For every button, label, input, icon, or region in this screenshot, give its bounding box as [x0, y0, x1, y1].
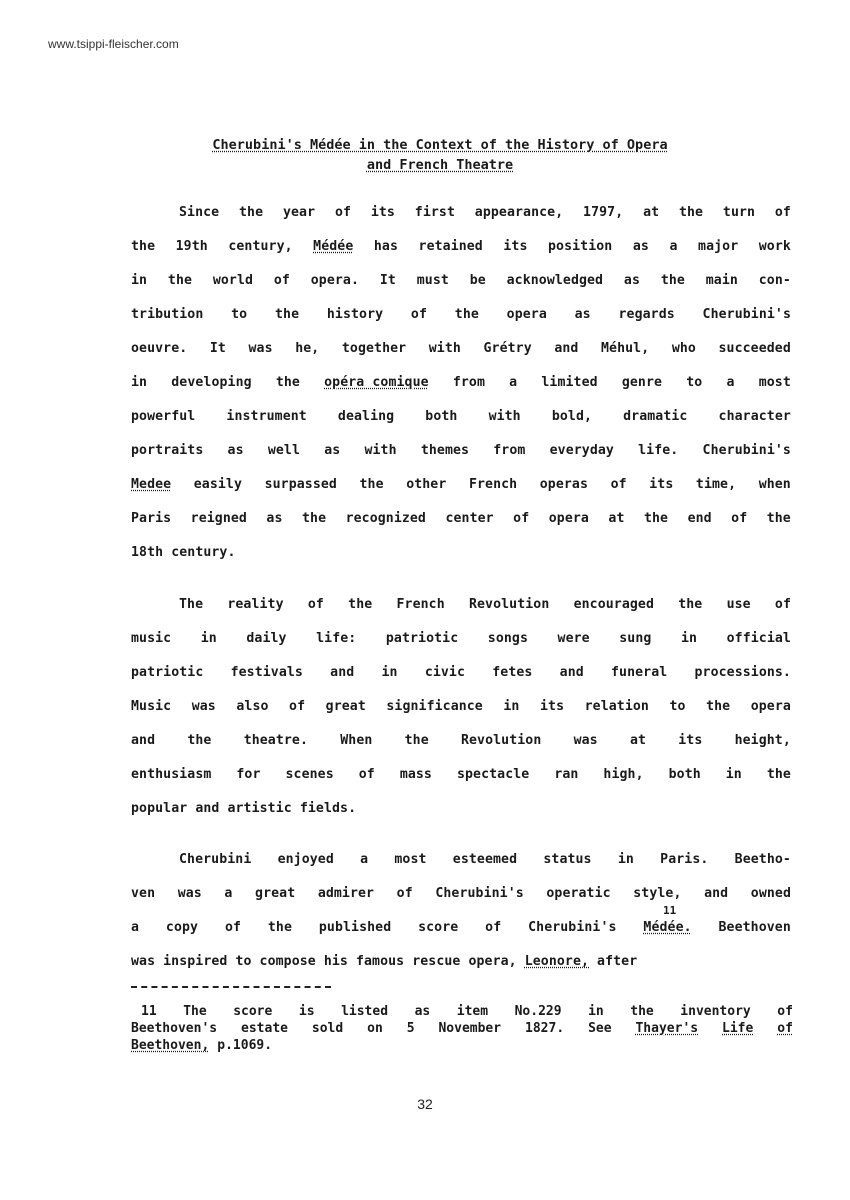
word: funeral: [611, 665, 667, 699]
word: listed: [341, 1004, 388, 1021]
word: a: [726, 375, 734, 409]
word: the: [360, 477, 384, 511]
word: character: [719, 409, 791, 443]
paragraph-3: CherubinienjoyedamostesteemedstatusinPar…: [131, 852, 791, 988]
text-line: 18th century.: [131, 545, 791, 579]
word: 19th: [176, 239, 208, 273]
text-line: Beethoven,p.1069.: [131, 1038, 793, 1055]
word: everyday: [550, 443, 614, 477]
text-line: Sincetheyearofitsfirstappearance,1797,at…: [131, 205, 791, 239]
word: of: [411, 307, 427, 341]
word: retained: [419, 239, 483, 273]
word: as: [324, 443, 340, 477]
word: of: [397, 886, 413, 920]
text-line: musicindailylife:patrioticsongsweresungi…: [131, 631, 791, 665]
word: con-: [759, 273, 791, 307]
word: See: [588, 1021, 611, 1038]
footnote: 11ThescoreislistedasitemNo.229intheinven…: [131, 1004, 793, 1055]
word: has: [374, 239, 398, 273]
word: limited: [541, 375, 597, 409]
word: its: [540, 699, 564, 733]
word: spectacle: [457, 767, 529, 801]
word: most: [759, 375, 791, 409]
word: mass: [400, 767, 432, 801]
text-line: TherealityoftheFrenchRevolutionencourage…: [131, 597, 791, 631]
text-line: Musicwasalsoofgreatsignificanceinitsrela…: [131, 699, 791, 733]
word: reality: [227, 597, 283, 631]
underlined-term: Médée: [313, 239, 353, 273]
word: Paris: [131, 511, 171, 545]
word: was: [192, 699, 216, 733]
word: of: [274, 273, 290, 307]
word: Cherubini's: [703, 443, 791, 477]
text-line: wasinspiredtocomposehisfamousrescueopera…: [131, 954, 791, 988]
word: in: [588, 1004, 604, 1021]
word: acknowledged: [507, 273, 603, 307]
word: 5: [407, 1021, 415, 1038]
word: oeuvre.: [131, 341, 187, 375]
word: The: [179, 597, 203, 631]
word: Beetho-: [735, 852, 791, 886]
word: score: [233, 1004, 272, 1021]
word: Cherubini's: [435, 886, 523, 920]
word: It: [210, 341, 226, 375]
word: daily: [246, 631, 286, 665]
word: enjoyed: [278, 852, 334, 886]
word: the: [455, 307, 479, 341]
word: of: [225, 920, 241, 954]
word: official: [727, 631, 791, 665]
word: the: [678, 597, 702, 631]
word: the: [131, 239, 155, 273]
word: from: [493, 443, 525, 477]
word: most: [394, 852, 426, 886]
word: succeeded: [719, 341, 791, 375]
page-number: 32: [0, 1096, 850, 1112]
word: music: [131, 631, 171, 665]
word: must: [417, 273, 449, 307]
word: the: [644, 511, 668, 545]
word: main: [706, 273, 738, 307]
word: powerful: [131, 409, 195, 443]
word: work: [759, 239, 791, 273]
word: patriotic: [131, 665, 203, 699]
word: and: [704, 886, 728, 920]
word: great: [326, 699, 366, 733]
word: for: [236, 767, 260, 801]
text-line: andthetheatre.WhentheRevolutionwasatitsh…: [131, 733, 791, 767]
word: who: [672, 341, 696, 375]
word: life.: [638, 443, 678, 477]
word: 11: [141, 1004, 157, 1021]
text-line: oeuvre.Itwashe,togetherwithGrétryandMéhu…: [131, 341, 791, 375]
underlined-term: Life: [722, 1021, 753, 1038]
word: the: [767, 511, 791, 545]
word: the: [275, 307, 299, 341]
word: both: [669, 767, 701, 801]
word: of: [485, 920, 501, 954]
word: and: [554, 341, 578, 375]
word: when: [759, 477, 791, 511]
word: 1827.: [525, 1021, 564, 1038]
word: both: [425, 409, 457, 443]
title-line-1: Cherubini's Médée in the Context of the …: [130, 135, 750, 155]
word: ran: [554, 767, 578, 801]
word: popular and artistic fields.: [131, 801, 356, 835]
word: opera,: [468, 954, 516, 988]
word: instrument: [226, 409, 306, 443]
word: as: [228, 443, 244, 477]
word: of: [777, 1004, 793, 1021]
word: admirer: [318, 886, 374, 920]
word: Grétry: [484, 341, 532, 375]
word: dealing: [338, 409, 394, 443]
word: The: [183, 1004, 206, 1021]
word: bold,: [552, 409, 592, 443]
word: a: [131, 920, 139, 954]
word: was: [249, 341, 273, 375]
word: as: [633, 239, 649, 273]
word: sung: [619, 631, 651, 665]
text-line: indevelopingtheopéra comiquefromalimited…: [131, 375, 791, 409]
word: Cherubini's: [528, 920, 616, 954]
word: easily: [194, 477, 242, 511]
word: as: [575, 307, 591, 341]
underlined-term: of: [777, 1021, 793, 1038]
text-line: intheworldofopera.Itmustbeacknowledgedas…: [131, 273, 791, 307]
paragraph-2: TherealityoftheFrenchRevolutionencourage…: [131, 597, 791, 835]
word: Méhul,: [601, 341, 649, 375]
text-line: MedeeeasilysurpassedtheotherFrenchoperas…: [131, 477, 791, 511]
title-line-2: and French Theatre: [130, 155, 750, 175]
word: to: [231, 307, 247, 341]
word: in: [618, 852, 634, 886]
word: rescue: [412, 954, 460, 988]
text-line: acopyofthepublishedscoreofCherubini'sMéd…: [131, 920, 791, 954]
word: fetes: [492, 665, 532, 699]
word: history: [327, 307, 383, 341]
word: No.229: [515, 1004, 562, 1021]
word: of: [289, 699, 305, 733]
word: theatre.: [244, 733, 308, 767]
word: encouraged: [574, 597, 654, 631]
word: other: [406, 477, 446, 511]
word: was: [131, 954, 155, 988]
word: to: [686, 375, 702, 409]
word: of: [308, 597, 324, 631]
word: is: [299, 1004, 315, 1021]
word: and: [131, 733, 155, 767]
text-line: venwasagreatadmirerofCherubini'soperatic…: [131, 886, 791, 920]
word: ven: [131, 886, 155, 920]
word: the: [630, 1004, 653, 1021]
word: also: [236, 699, 268, 733]
word: tribution: [131, 307, 203, 341]
word: Cherubini's: [703, 307, 791, 341]
text-line: 11ThescoreislistedasitemNo.229intheinven…: [131, 1004, 793, 1021]
page-title: Cherubini's Médée in the Context of the …: [130, 135, 750, 175]
word: of: [359, 767, 375, 801]
word: November: [438, 1021, 501, 1038]
text-line: popular and artistic fields.: [131, 801, 791, 835]
word: its: [371, 205, 395, 239]
word: in: [131, 273, 147, 307]
word: 1797,: [583, 205, 623, 239]
word: the: [348, 597, 372, 631]
word: status: [543, 852, 591, 886]
word: opera: [549, 511, 589, 545]
word: the: [767, 767, 791, 801]
word: on: [367, 1021, 383, 1038]
word: his: [324, 954, 348, 988]
word: of: [513, 511, 529, 545]
word: the: [168, 273, 192, 307]
word: Revolution: [469, 597, 549, 631]
word: inventory: [680, 1004, 750, 1021]
word: its: [503, 239, 527, 273]
footnote-divider: [131, 986, 331, 988]
word: in: [681, 631, 697, 665]
word: significance: [386, 699, 482, 733]
text-line: CherubinienjoyedamostesteemedstatusinPar…: [131, 852, 791, 886]
word: surpassed: [265, 477, 337, 511]
word: to: [235, 954, 251, 988]
word: Music: [131, 699, 171, 733]
word: operatic: [546, 886, 610, 920]
word: and: [330, 665, 354, 699]
word: the: [239, 205, 263, 239]
word: at: [630, 733, 646, 767]
word: portraits: [131, 443, 203, 477]
word: after: [597, 954, 637, 988]
word: opera: [751, 699, 791, 733]
word: was: [574, 733, 598, 767]
word: life:: [316, 631, 356, 665]
word: processions.: [695, 665, 791, 699]
word: in: [726, 767, 742, 801]
word: the: [661, 273, 685, 307]
site-url: www.tsippi-fleischer.com: [48, 37, 179, 51]
word: its: [649, 477, 673, 511]
word: year: [283, 205, 315, 239]
word: together: [342, 341, 406, 375]
word: opera: [507, 307, 547, 341]
word: in: [503, 699, 519, 733]
word: opera.: [311, 273, 359, 307]
word: esteemed: [453, 852, 517, 886]
word: time,: [696, 477, 736, 511]
underlined-term: Beethoven,: [131, 1038, 209, 1055]
word: of: [611, 477, 627, 511]
word: and: [560, 665, 584, 699]
paragraph-1: Sincetheyearofitsfirstappearance,1797,at…: [131, 205, 791, 579]
word: estate: [241, 1021, 288, 1038]
text-line: portraitsaswellaswiththemesfromeverydayl…: [131, 443, 791, 477]
word: owned: [751, 886, 791, 920]
word: from: [453, 375, 485, 409]
word: as: [415, 1004, 431, 1021]
word: themes: [421, 443, 469, 477]
text-line: patrioticfestivalsandincivicfetesandfune…: [131, 665, 791, 699]
word: the: [276, 375, 300, 409]
word: of: [775, 205, 791, 239]
word: civic: [425, 665, 465, 699]
word: enthusiasm: [131, 767, 211, 801]
word: famous: [356, 954, 404, 988]
word: Revolution: [461, 733, 541, 767]
text-line: Parisreignedastherecognizedcenterofopera…: [131, 511, 791, 545]
word: the: [187, 733, 211, 767]
word: Cherubini: [179, 852, 251, 886]
word: its: [678, 733, 702, 767]
underlined-term: Medee: [131, 477, 171, 511]
word: French: [469, 477, 517, 511]
word: the: [405, 733, 429, 767]
word: high,: [603, 767, 643, 801]
word: world: [213, 273, 253, 307]
text-line: powerfulinstrumentdealingbothwithbold,dr…: [131, 409, 791, 443]
word: at: [608, 511, 624, 545]
word: use: [727, 597, 751, 631]
word: recognized: [346, 511, 426, 545]
underlined-term: Médée.: [643, 920, 691, 954]
word: the: [302, 511, 326, 545]
underlined-term: opéra comique: [324, 375, 429, 409]
word: festivals: [231, 665, 303, 699]
word: patriotic: [386, 631, 458, 665]
text-line: Beethoven'sestatesoldon5November1827.See…: [131, 1021, 793, 1038]
word: he,: [295, 341, 319, 375]
word: of: [731, 511, 747, 545]
word: a: [224, 886, 232, 920]
word: century,: [228, 239, 292, 273]
word: compose: [260, 954, 316, 988]
word: score: [418, 920, 458, 954]
word: inspired: [163, 954, 227, 988]
word: item: [457, 1004, 488, 1021]
word: of: [775, 597, 791, 631]
word: as: [624, 273, 640, 307]
word: 18th century.: [131, 545, 236, 579]
word: a: [509, 375, 517, 409]
word: to: [669, 699, 685, 733]
word: Beethoven: [719, 920, 791, 954]
word: Paris.: [660, 852, 708, 886]
word: end: [688, 511, 712, 545]
word: in: [201, 631, 217, 665]
word: well: [268, 443, 300, 477]
word: appearance,: [475, 205, 563, 239]
word: a: [669, 239, 677, 273]
word: When: [340, 733, 372, 767]
word: Since: [179, 205, 219, 239]
word: major: [698, 239, 738, 273]
word: in: [131, 375, 147, 409]
word: scenes: [286, 767, 334, 801]
word: published: [319, 920, 391, 954]
word: position: [548, 239, 612, 273]
text-line: tributiontothehistoryoftheoperaasregards…: [131, 307, 791, 341]
word: reigned: [191, 511, 247, 545]
word: with: [429, 341, 461, 375]
word: p.1069.: [217, 1038, 272, 1055]
word: was: [178, 886, 202, 920]
word: operas: [540, 477, 588, 511]
word: of: [335, 205, 351, 239]
word: regards: [619, 307, 675, 341]
word: copy: [166, 920, 198, 954]
word: sold: [312, 1021, 343, 1038]
word: be: [470, 273, 486, 307]
word: in: [382, 665, 398, 699]
word: as: [266, 511, 282, 545]
word: height,: [735, 733, 791, 767]
word: French: [397, 597, 445, 631]
word: the: [679, 205, 703, 239]
word: Beethoven's: [131, 1021, 217, 1038]
word: first: [415, 205, 455, 239]
word: with: [364, 443, 396, 477]
underlined-term: Thayer's: [635, 1021, 698, 1038]
word: turn: [723, 205, 755, 239]
text-line: the19thcentury,Médéehasretaineditspositi…: [131, 239, 791, 273]
word: genre: [622, 375, 662, 409]
word: developing: [171, 375, 251, 409]
word: great: [255, 886, 295, 920]
word: a: [360, 852, 368, 886]
word: with: [489, 409, 521, 443]
text-line: enthusiasmforscenesofmassspectacleranhig…: [131, 767, 791, 801]
word: It: [380, 273, 396, 307]
word: songs: [488, 631, 528, 665]
footnote-reference: 11: [663, 904, 676, 917]
word: relation: [585, 699, 649, 733]
word: dramatic: [623, 409, 687, 443]
word: at: [643, 205, 659, 239]
word: the: [268, 920, 292, 954]
word: were: [558, 631, 590, 665]
underlined-term: Leonore,: [525, 954, 589, 988]
word: the: [706, 699, 730, 733]
word: center: [445, 511, 493, 545]
